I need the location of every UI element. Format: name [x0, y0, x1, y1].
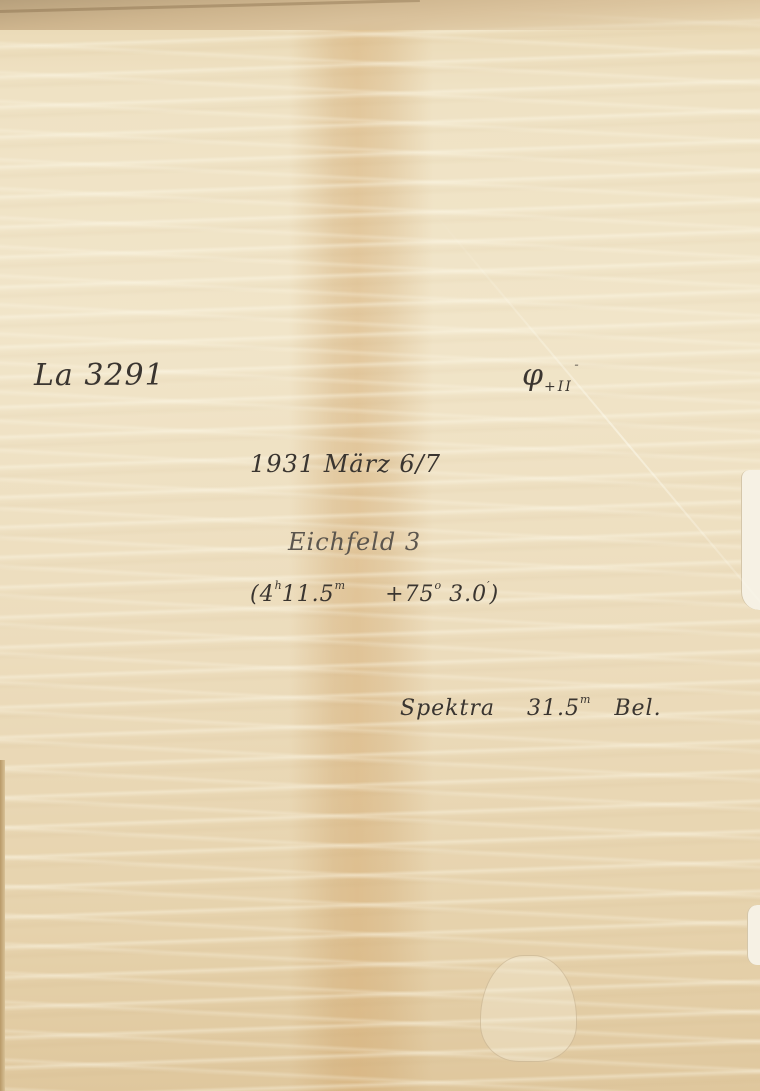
dec-degrees: +75 — [385, 582, 434, 607]
ra-minutes: 11.5 — [282, 582, 335, 607]
left-paper-edge — [0, 760, 5, 1091]
ra-minutes-unit: m — [335, 579, 345, 592]
exposure-label: Spektra — [400, 696, 495, 721]
dec-degrees-unit: o — [435, 579, 442, 592]
ra-hours-unit: h — [275, 579, 282, 592]
plate-suffix: +II — [544, 379, 573, 395]
right-torn-edge — [741, 470, 760, 610]
coordinates: (4h11.5m +75o 3.0′) — [250, 582, 499, 607]
exposure-value: 31.5 — [527, 696, 580, 721]
field-name: Eichfeld 3 — [288, 528, 421, 556]
exposure-note: Spektra 31.5m Bel. — [400, 696, 662, 721]
date-month: März — [324, 450, 391, 478]
top-folded-edge — [0, 0, 760, 30]
catalog-id: La 3291 — [34, 358, 165, 393]
water-stain — [480, 955, 577, 1062]
dec-minutes-unit: ′ — [487, 579, 490, 592]
plate-symbol: φ — [522, 358, 544, 393]
date-year: 1931 — [250, 450, 315, 478]
observation-date: 1931 März 6/7 — [250, 450, 441, 478]
dec-minutes: 3.0 — [449, 582, 487, 607]
ra-hours: 4 — [260, 582, 275, 607]
document-page: La 3291 φ+II¯ 1931 März 6/7 Eichfeld 3 (… — [0, 0, 760, 1091]
coords-close-paren: ) — [490, 582, 500, 607]
exposure-note-text: Bel. — [614, 696, 661, 721]
coords-open-paren: ( — [250, 582, 260, 607]
date-days: 6/7 — [399, 450, 441, 478]
plate-mark: φ+II¯ — [522, 358, 578, 393]
plate-bar: ¯ — [573, 363, 579, 376]
right-torn-edge-lower — [747, 905, 760, 965]
exposure-unit: m — [580, 693, 590, 706]
